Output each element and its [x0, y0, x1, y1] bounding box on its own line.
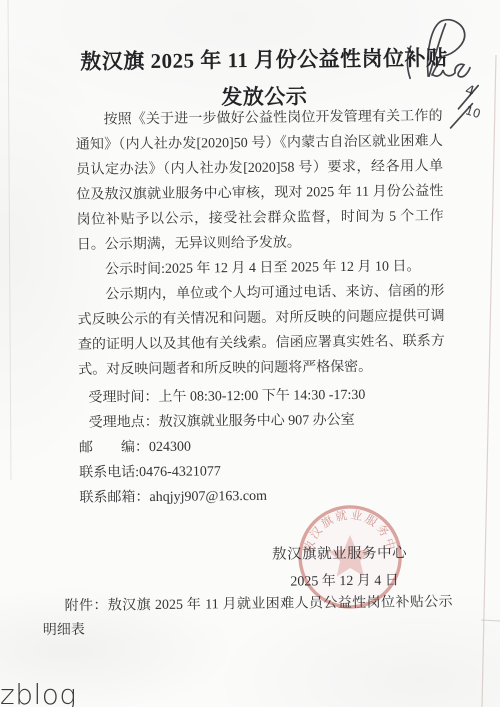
pen-squiggle-stroke: [432, 64, 470, 77]
zblog-watermark: zblog: [0, 678, 77, 707]
attachment-note: 附件：敖汉旗 2025 年 11 月就业困难人员公益性岗位补贴公示明细表: [43, 591, 453, 643]
note-denominator: 10: [464, 103, 483, 121]
document-body: 按照《关于进一步做好公益性岗位开发管理有关工作的通知》（内人社办发[2020]5…: [75, 104, 446, 511]
contact-phone: 联系电话:0476-4321077: [79, 457, 446, 486]
paragraph-publicity-period: 公示时间:2025 年 12 月 4 日至 2025 年 12 月 10 日。: [77, 254, 444, 283]
paragraph-feedback: 公示期内，单位或个人均可通过电话、来访、信函的形式反映公示的有关情况和问题。对所…: [77, 279, 445, 383]
signature-date: 2025 年 12 月 4 日: [290, 569, 399, 590]
handwritten-scribble: 4 10: [401, 11, 494, 134]
pen-diagonal-stroke: [429, 24, 447, 76]
title-line-1: 敖汉旗 2025 年 11 月份公益性岗位补贴: [72, 40, 456, 81]
pen-loop-stroke: [427, 20, 465, 77]
contact-block: 受理时间：上午 08:30-12:00 下午 14:30 -17:30 受理地点…: [78, 382, 446, 511]
paragraph-basis: 按照《关于进一步做好公益性岗位开发管理有关工作的通知》（内人社办发[2020]5…: [75, 104, 444, 258]
document-content: 敖汉旗 2025 年 11 月份公益性岗位补贴 发放公示 按照《关于进一步做好公…: [0, 0, 500, 707]
pen-hook-stroke: [407, 46, 411, 78]
contact-accept-place: 受理地点：敖汉旗就业服务中心 907 办公室: [79, 407, 446, 436]
signature-organization: 敖汉旗就业服务中心: [272, 541, 407, 563]
contact-postcode: 邮 编：024300: [79, 432, 446, 461]
contact-accept-time: 受理时间：上午 08:30-12:00 下午 14:30 -17:30: [78, 382, 445, 411]
scanned-notice-page: { "page": { "title_line1": "敖汉旗 2025 年 1…: [0, 0, 500, 707]
